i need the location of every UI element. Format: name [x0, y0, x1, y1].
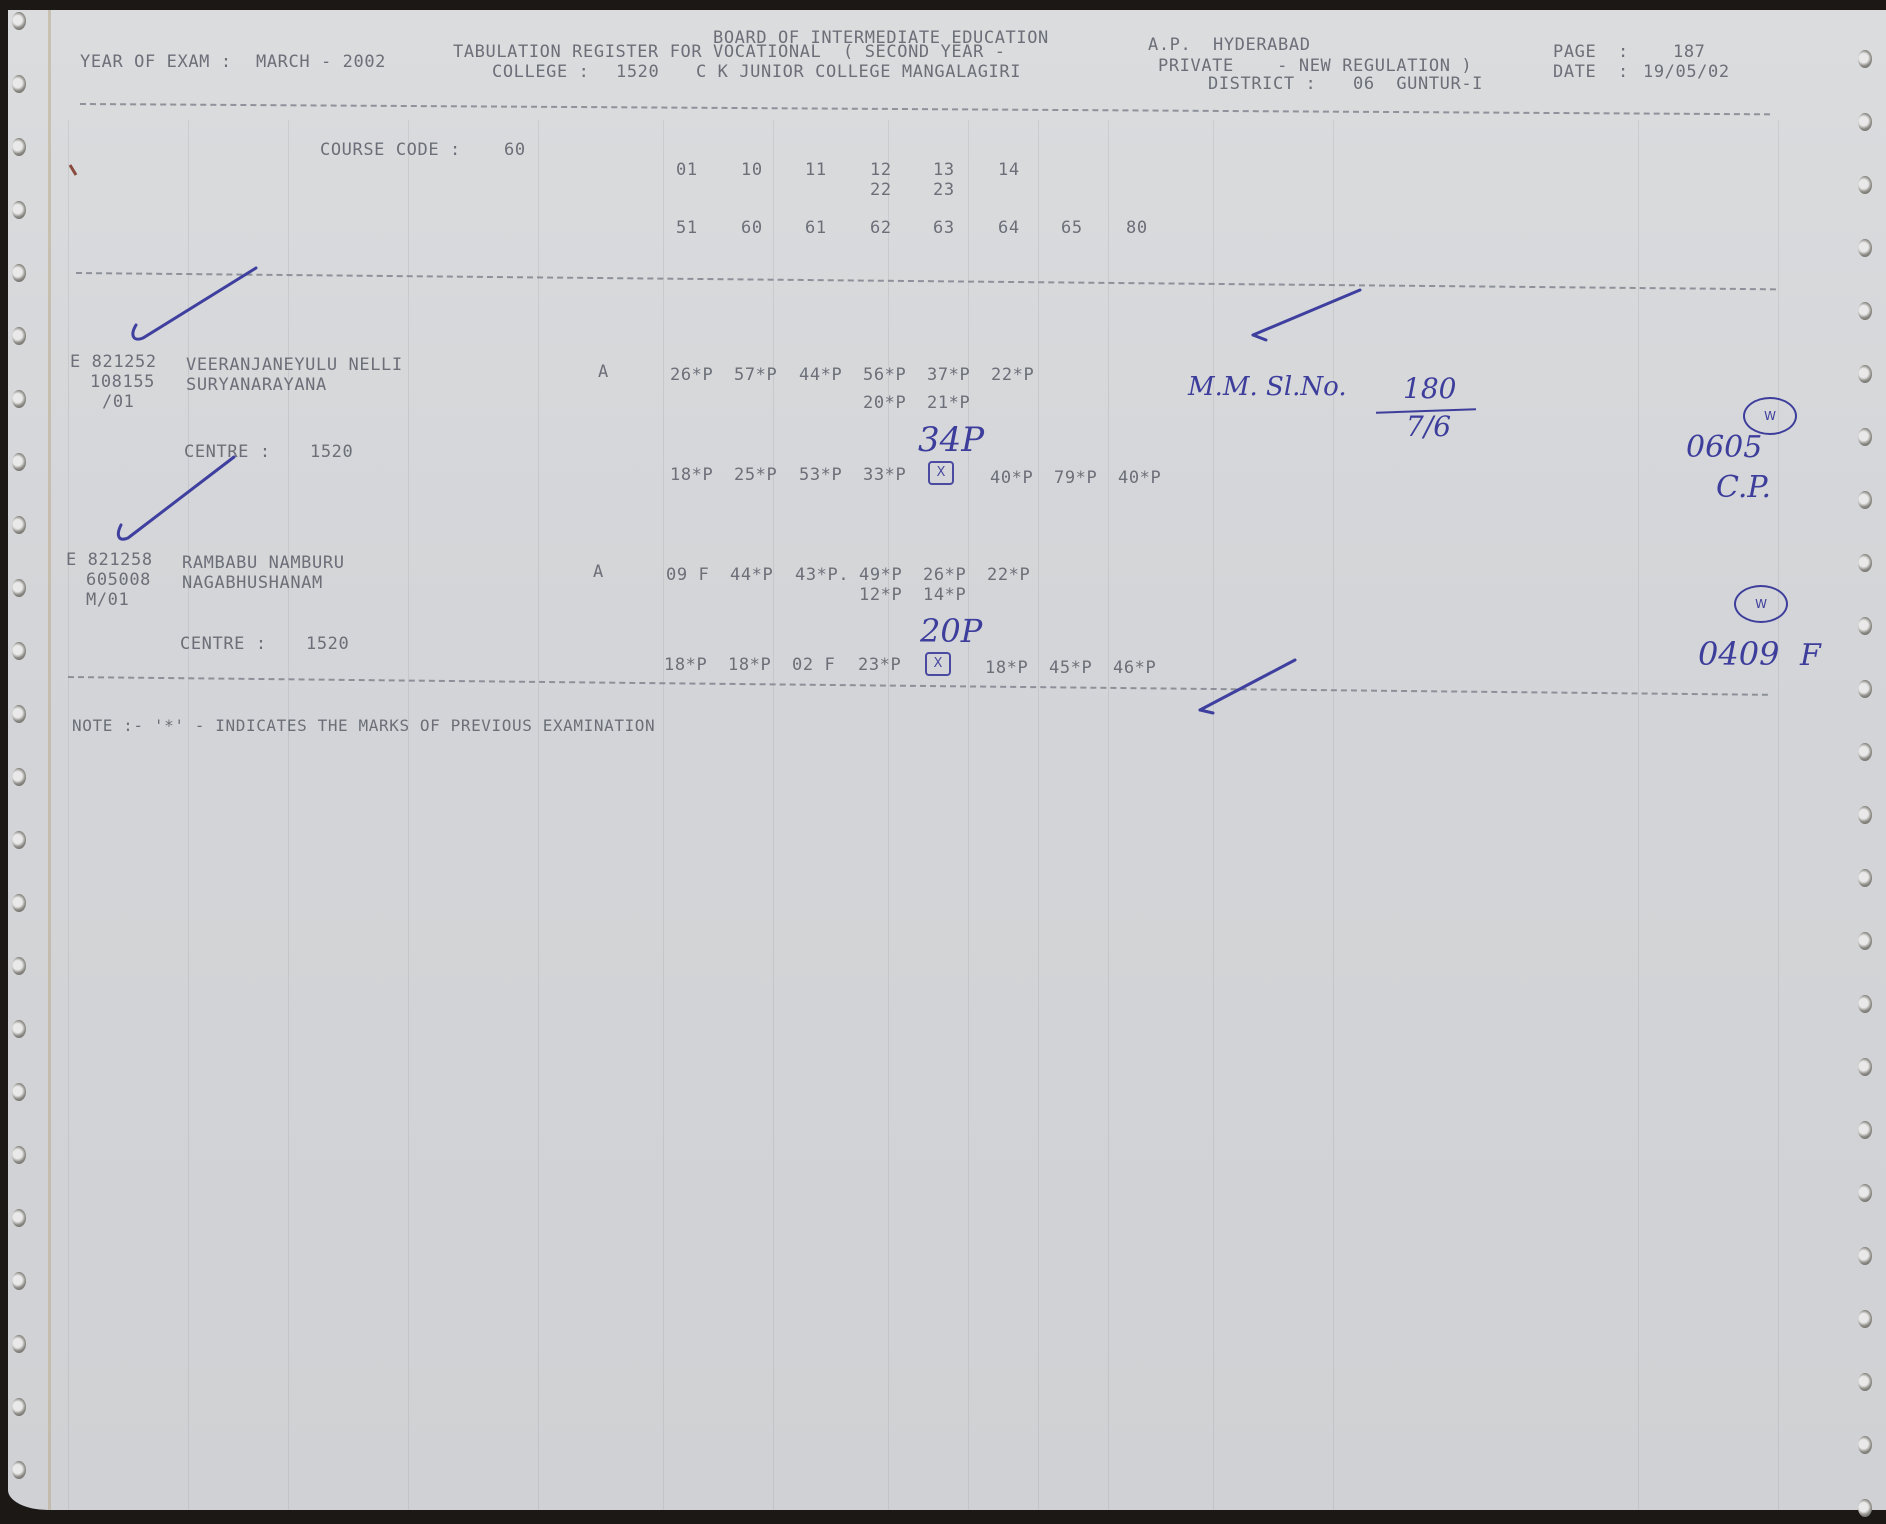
- sprocket-hole: [12, 516, 26, 534]
- column-rule: [1778, 120, 1779, 1510]
- subject-mark: 46*P: [1113, 658, 1156, 678]
- column-rule: [188, 120, 189, 1510]
- reg-suffix: /01: [102, 392, 135, 412]
- stream: PRIVATE - NEW REGULATION ): [1158, 56, 1472, 76]
- subject-mark: 02 F: [792, 655, 835, 675]
- column-rule: [538, 120, 539, 1510]
- subject-mark: 79*P: [1054, 468, 1097, 488]
- reg-no: 108155: [90, 372, 155, 392]
- college-name: C K JUNIOR COLLEGE MANGALAGIRI: [696, 62, 1021, 82]
- course-divider: [76, 272, 1776, 290]
- records-divider: [68, 676, 1768, 696]
- sprocket-hole: [12, 831, 26, 849]
- sprocket-hole: [12, 579, 26, 597]
- sprocket-hole: [12, 1083, 26, 1101]
- centre-label: CENTRE :: [180, 634, 267, 654]
- sprocket-hole: [12, 705, 26, 723]
- subject-code: 65: [1061, 218, 1083, 238]
- hall-ticket: E 821252: [70, 352, 157, 372]
- paper-fold-line: [48, 10, 51, 1510]
- subject-code: 63: [933, 218, 955, 238]
- column-rule: [1333, 120, 1334, 1510]
- subject-mark: 26*P: [923, 565, 966, 585]
- sprocket-hole: [12, 453, 26, 471]
- subject-code: 61: [805, 218, 827, 238]
- column-rule: [888, 120, 889, 1510]
- date-label: DATE :: [1553, 62, 1629, 82]
- centre: 1520: [310, 442, 353, 462]
- sprocket-hole: [12, 390, 26, 408]
- subject-code: 80: [1126, 218, 1148, 238]
- column-rule: [68, 120, 69, 1510]
- sprocket-hole: [1858, 113, 1872, 131]
- column-rule: [1213, 120, 1214, 1510]
- sprocket-hole: [1858, 1058, 1872, 1076]
- sprocket-hole: [12, 642, 26, 660]
- sprocket-hole: [12, 1461, 26, 1479]
- header-divider: [80, 103, 1770, 115]
- sprocket-hole: [1858, 1247, 1872, 1265]
- sprocket-hole: [12, 1146, 26, 1164]
- subject-code: 13: [933, 160, 955, 180]
- subject-mark: 18*P: [728, 655, 771, 675]
- subject-mark: 40*P: [1118, 468, 1161, 488]
- column-rule: [408, 120, 409, 1510]
- sprocket-hole: [12, 12, 26, 30]
- subject-mark: 23*P: [858, 655, 901, 675]
- subject-mark: 25*P: [734, 465, 777, 485]
- subject-mark: 12*P: [859, 585, 902, 605]
- subject-mark: 44*P: [799, 365, 842, 385]
- centre: 1520: [306, 634, 349, 654]
- subject-code: 10: [741, 160, 763, 180]
- sprocket-hole: [1858, 428, 1872, 446]
- withheld-circle: W: [1734, 585, 1788, 623]
- sprocket-hole: [12, 957, 26, 975]
- sprocket-hole: [1858, 491, 1872, 509]
- subject-mark: 49*P: [859, 565, 902, 585]
- district-label: DISTRICT :: [1208, 74, 1316, 94]
- handwritten-note: C.P.: [1716, 470, 1771, 505]
- cancelled-mark-box: X: [928, 461, 954, 485]
- subject-mark: 09 F: [666, 565, 709, 585]
- hall-ticket: E 821258: [66, 550, 153, 570]
- subject-mark: 18*P: [985, 658, 1028, 678]
- subject-code: 22: [870, 180, 892, 200]
- grade: A: [598, 362, 609, 382]
- subject-mark: 37*P: [927, 365, 970, 385]
- subject-code: 60: [741, 218, 763, 238]
- sprocket-hole: [1858, 1184, 1872, 1202]
- column-rule: [288, 120, 289, 1510]
- sprocket-hole: [1858, 932, 1872, 950]
- sprocket-hole: [1858, 743, 1872, 761]
- father-name: NAGABHUSHANAM: [182, 573, 323, 593]
- sprocket-hole: [12, 264, 26, 282]
- sprocket-hole: [12, 1272, 26, 1290]
- subject-mark: 21*P: [927, 393, 970, 413]
- sl-no-numerator: 180: [1403, 372, 1456, 405]
- sprocket-hole: [1858, 1373, 1872, 1391]
- year-of-exam: MARCH - 2002: [256, 52, 386, 72]
- sprocket-hole: [1858, 806, 1872, 824]
- cancelled-mark-box: X: [925, 652, 951, 676]
- subject-code: 01: [676, 160, 698, 180]
- subject-code: 12: [870, 160, 892, 180]
- sprocket-hole: [1858, 554, 1872, 572]
- subject-mark: 43*P.: [795, 565, 849, 585]
- sprocket-hole: [1858, 1121, 1872, 1139]
- column-rule: [1638, 120, 1639, 1510]
- board-location: A.P. HYDERABAD: [1148, 35, 1311, 55]
- subject-code: 23: [933, 180, 955, 200]
- sprocket-hole: [12, 1398, 26, 1416]
- handwritten-mark: 34P: [918, 420, 984, 460]
- subject-mark: 57*P: [734, 365, 777, 385]
- subject-code: 51: [676, 218, 698, 238]
- footer-note: NOTE :- '*' - INDICATES THE MARKS OF PRE…: [72, 716, 655, 736]
- subject-mark: 22*P: [991, 365, 1034, 385]
- sl-no-annotation: M.M. Sl.No.: [1188, 372, 1347, 402]
- sprocket-hole: [1858, 302, 1872, 320]
- page-number: 187: [1673, 42, 1706, 62]
- course-code-label: COURSE CODE :: [320, 140, 461, 160]
- register-title: TABULATION REGISTER FOR VOCATIONAL ( SEC…: [453, 42, 1006, 62]
- column-rule: [663, 120, 664, 1510]
- subject-code: 14: [998, 160, 1020, 180]
- course-code: 60: [504, 140, 526, 160]
- subject-mark: 40*P: [990, 468, 1033, 488]
- sprocket-hole: [1858, 1499, 1872, 1517]
- sprocket-hole: [1858, 995, 1872, 1013]
- sprocket-hole: [12, 894, 26, 912]
- column-rule: [1038, 120, 1039, 1510]
- father-name: SURYANARAYANA: [186, 375, 327, 395]
- candidate-name: VEERANJANEYULU NELLI: [186, 355, 403, 375]
- subject-code: 62: [870, 218, 892, 238]
- handwritten-code: 0605: [1686, 430, 1762, 465]
- candidate-name: RAMBABU NAMBURU: [182, 553, 345, 573]
- year-of-exam-label: YEAR OF EXAM :: [80, 52, 232, 72]
- subject-mark: 53*P: [799, 465, 842, 485]
- sprocket-hole: [1858, 680, 1872, 698]
- subject-mark: 45*P: [1049, 658, 1092, 678]
- subject-mark: 14*P: [923, 585, 966, 605]
- college-code: 1520: [616, 62, 659, 82]
- grade: A: [593, 562, 604, 582]
- date: 19/05/02: [1643, 62, 1730, 82]
- subject-mark: 18*P: [670, 465, 713, 485]
- reg-no: 605008: [86, 570, 151, 590]
- subject-mark: 44*P: [730, 565, 773, 585]
- subject-code: 11: [805, 160, 827, 180]
- subject-mark: 56*P: [863, 365, 906, 385]
- tabulation-register-sheet: BOARD OF INTERMEDIATE EDUCATION A.P. HYD…: [8, 10, 1886, 1510]
- college-label: COLLEGE :: [492, 62, 590, 82]
- sprocket-hole: [12, 768, 26, 786]
- column-rule: [1108, 120, 1109, 1510]
- sprocket-hole: [12, 201, 26, 219]
- subject-mark: 33*P: [863, 465, 906, 485]
- sprocket-hole: [1858, 365, 1872, 383]
- subject-mark: 22*P: [987, 565, 1030, 585]
- sprocket-hole: [1858, 617, 1872, 635]
- subject-code: 64: [998, 218, 1020, 238]
- sprocket-hole: [1858, 869, 1872, 887]
- sprocket-hole: [12, 75, 26, 93]
- district: 06 GUNTUR-I: [1353, 74, 1483, 94]
- handwritten-code: 0409: [1698, 635, 1779, 673]
- column-rule: [773, 120, 774, 1510]
- sprocket-hole: [1858, 1436, 1872, 1454]
- page-label: PAGE :: [1553, 42, 1629, 62]
- sprocket-hole: [12, 1335, 26, 1353]
- handwritten-note: F: [1800, 638, 1821, 673]
- subject-mark: 26*P: [670, 365, 713, 385]
- reg-suffix: M/01: [86, 590, 129, 610]
- centre-label: CENTRE :: [184, 442, 271, 462]
- sprocket-hole: [12, 1020, 26, 1038]
- sl-no-denominator: 7/6: [1406, 410, 1451, 443]
- sprocket-hole: [1858, 50, 1872, 68]
- column-rule: [968, 120, 969, 1510]
- subject-mark: 18*P: [664, 655, 707, 675]
- sprocket-hole: [1858, 239, 1872, 257]
- sprocket-hole: [12, 138, 26, 156]
- handwritten-mark: 20P: [920, 612, 982, 650]
- sprocket-hole: [1858, 176, 1872, 194]
- sprocket-hole: [12, 1209, 26, 1227]
- subject-mark: 20*P: [863, 393, 906, 413]
- sprocket-hole: [12, 327, 26, 345]
- sprocket-hole: [1858, 1310, 1872, 1328]
